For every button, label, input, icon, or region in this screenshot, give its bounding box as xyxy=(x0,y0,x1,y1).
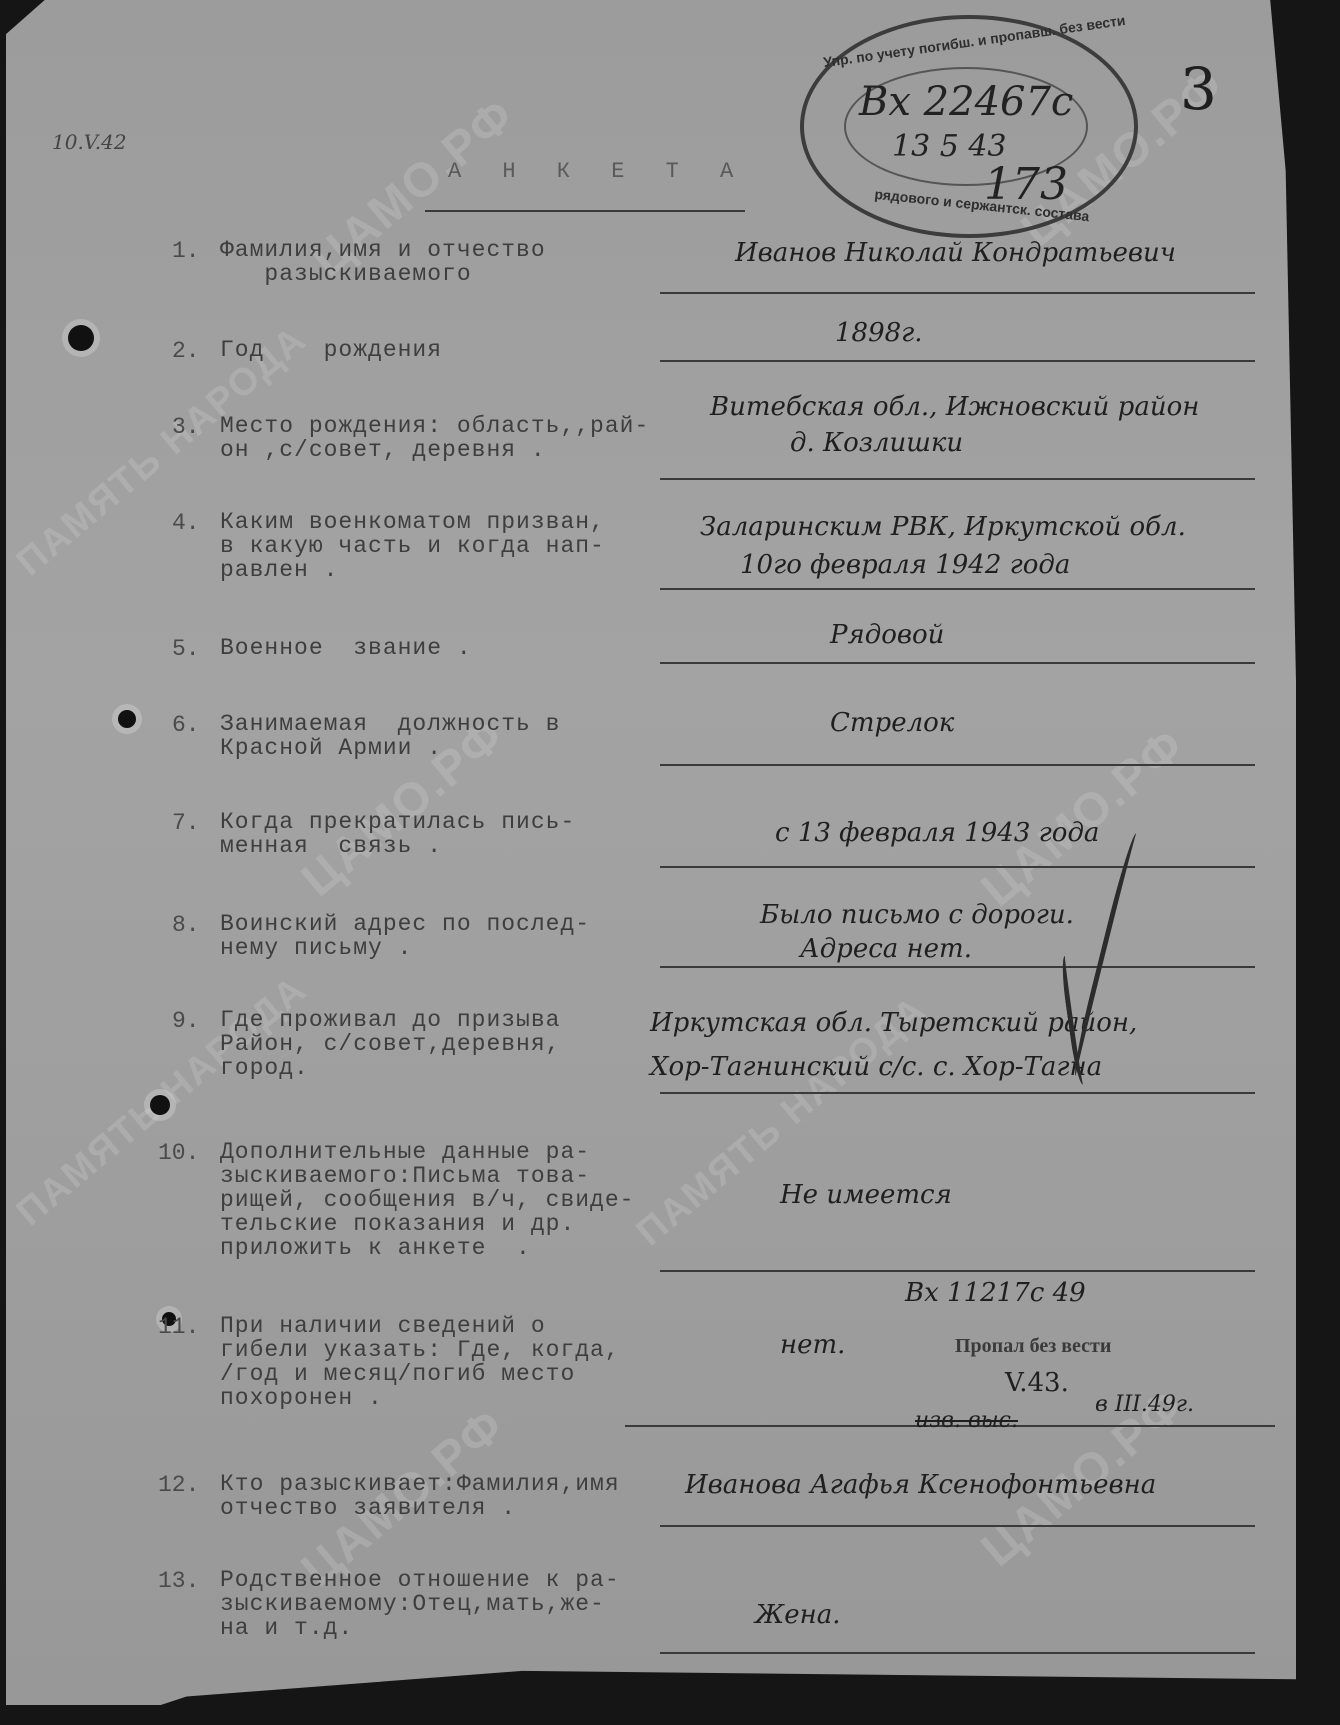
field-value: с 13 февраля 1943 года xyxy=(775,818,1099,848)
field-value: Рядовой xyxy=(830,620,944,650)
field-value-line2: 10го февраля 1942 года xyxy=(740,550,1070,580)
title-underline xyxy=(425,210,745,212)
field-value: Не имеется xyxy=(780,1180,952,1210)
missing-stamp: Пропал без вести xyxy=(955,1335,1111,1358)
field-number: 13. xyxy=(158,1568,199,1594)
field-number: 12. xyxy=(158,1472,199,1498)
field-label: Когда прекратилась пись- менная связь . xyxy=(220,810,575,858)
answer-underline xyxy=(660,588,1255,590)
field-value: Стрелок xyxy=(830,708,954,738)
corner-note: 10.V.42 xyxy=(52,130,127,154)
field-value: 1898г. xyxy=(835,318,923,348)
answer-underline xyxy=(660,478,1255,480)
field-value: Иркутская обл. Тыретский район, xyxy=(650,1008,1137,1038)
answer-underline xyxy=(660,1270,1255,1272)
field-number: 11. xyxy=(158,1314,199,1340)
document-title: А Н К Е Т А xyxy=(448,160,747,184)
field-label: Где проживал до призыва Район, с/совет,д… xyxy=(220,1008,560,1080)
incoming-number: Вх 11217с 49 xyxy=(905,1278,1086,1308)
field-value-line2: Хор-Тагнинский с/с. с. Хор-Тагна xyxy=(650,1052,1102,1082)
answer-underline xyxy=(660,1525,1255,1527)
field-label: Дополнительные данные ра- зыскиваемого:П… xyxy=(220,1140,634,1260)
field-value: Иванов Николай Кондратьевич xyxy=(735,238,1176,268)
answer-underline xyxy=(660,966,1255,968)
answer-underline xyxy=(660,866,1255,868)
stamp-mark: 173 xyxy=(984,159,1068,210)
notice-note: изв. выс. xyxy=(915,1408,1018,1433)
page-number: 3 xyxy=(1180,55,1217,123)
answer-underline xyxy=(660,764,1255,766)
field-number: 3. xyxy=(172,414,200,440)
field-label: Кто разыскивает:Фамилия,имя отчество зая… xyxy=(220,1472,620,1520)
field-label: Каким военкоматом призван, в какую часть… xyxy=(220,510,605,582)
answer-underline xyxy=(660,360,1255,362)
missing-date: V.43. xyxy=(1005,1368,1069,1398)
field-value: Витебская обл., Ижновский район xyxy=(710,392,1199,422)
field-number: 10. xyxy=(158,1140,199,1166)
punch-hole xyxy=(68,325,94,351)
answer-underline xyxy=(660,1092,1255,1094)
field-label: Военное звание . xyxy=(220,636,472,660)
registration-stamp: Упр. по учету погибш. и пропавш. без вес… xyxy=(800,15,1138,238)
field-value: Было письмо с дороги. xyxy=(760,900,1074,930)
field-label: Родственное отношение к ра- зыскиваемому… xyxy=(220,1568,620,1640)
field-number: 7. xyxy=(172,810,200,836)
notice-date: в III.49г. xyxy=(1095,1392,1194,1417)
field-value: Иванова Агафья Ксенофонтьевна xyxy=(685,1470,1156,1500)
field-number: 5. xyxy=(172,636,200,662)
stamp-incoming-number: Вх 22467с xyxy=(859,79,1073,125)
punch-hole xyxy=(150,1095,170,1115)
field-value-line2: Адреса нет. xyxy=(800,934,972,964)
answer-underline xyxy=(660,1652,1255,1654)
field-number: 4. xyxy=(172,510,200,536)
field-number: 1. xyxy=(172,238,200,264)
field-number: 2. xyxy=(172,338,200,364)
field-label: Воинский адрес по послед- нему письму . xyxy=(220,912,590,960)
field-number: 9. xyxy=(172,1008,200,1034)
punch-hole xyxy=(118,710,136,728)
field-value-line2: д. Козлишки xyxy=(790,428,963,458)
field-value: Заларинским РВК, Иркутской обл. xyxy=(700,512,1186,542)
field-label: Фамилия,имя и отчество разыскиваемого xyxy=(220,238,546,286)
field-label: Год рождения xyxy=(220,338,442,362)
field-number: 8. xyxy=(172,912,200,938)
field-number: 6. xyxy=(172,712,200,738)
answer-underline xyxy=(660,292,1255,294)
field-label: Занимаемая должность в Красной Армии . xyxy=(220,712,560,760)
field-value: нет. xyxy=(780,1330,845,1360)
answer-underline xyxy=(660,662,1255,664)
field-label: При наличии сведений о гибели указать: Г… xyxy=(220,1314,620,1410)
field-value: Жена. xyxy=(755,1600,841,1630)
field-label: Место рождения: область,,рай- он ,с/сове… xyxy=(220,414,649,462)
